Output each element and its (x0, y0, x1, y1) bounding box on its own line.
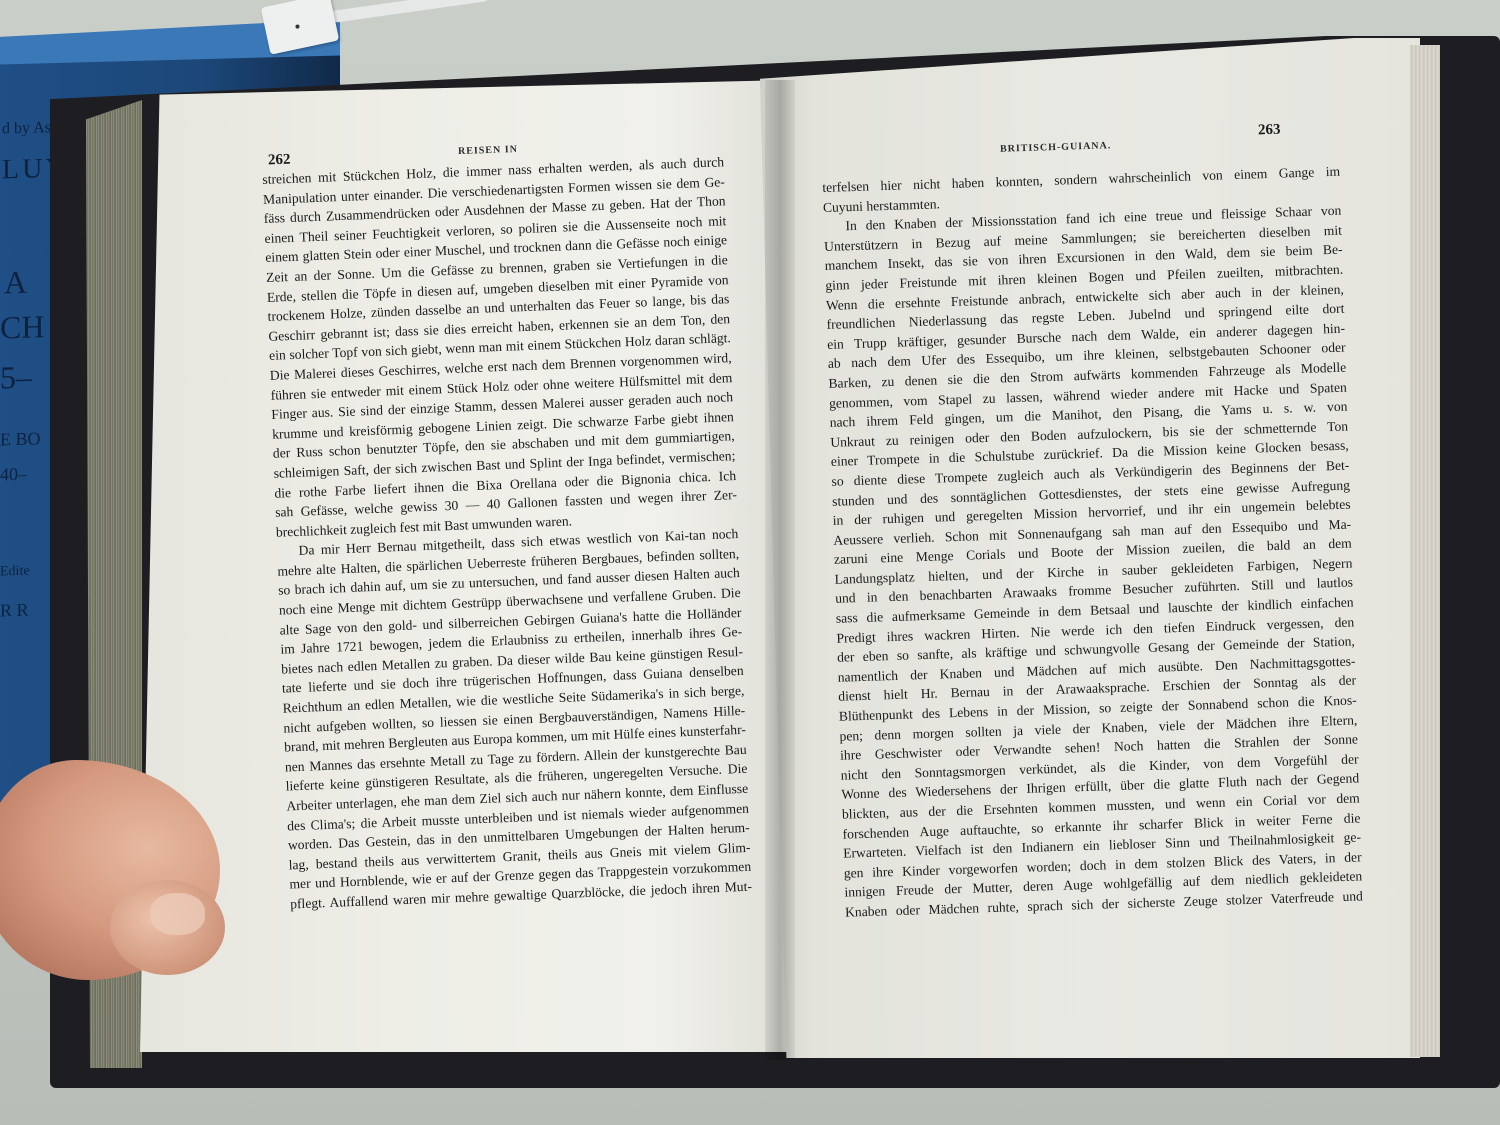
left-page-number: 262 (268, 152, 291, 170)
blue-book-text: CH (0, 308, 44, 346)
blue-book-text: A (4, 264, 27, 302)
right-page-edges (1410, 45, 1440, 1057)
blue-book-text: E BO (0, 428, 41, 450)
blue-book-text: 5– (0, 359, 32, 397)
blue-book-text: Edite (0, 564, 30, 581)
left-running-head: REISEN IN (458, 144, 518, 157)
right-page-number: 263 (1258, 122, 1281, 140)
charger-cable (330, 0, 490, 23)
connector-led (295, 24, 300, 29)
blue-book-text: R R (0, 600, 29, 622)
book-gutter (765, 80, 795, 1060)
right-page-text: terfelsen hier nicht haben konnten, sond… (822, 162, 1363, 922)
thumbnail (150, 893, 205, 935)
blue-book-text: 40– (0, 464, 27, 486)
left-page-text: streichen mit Stückchen Holz, die immer … (262, 152, 752, 914)
